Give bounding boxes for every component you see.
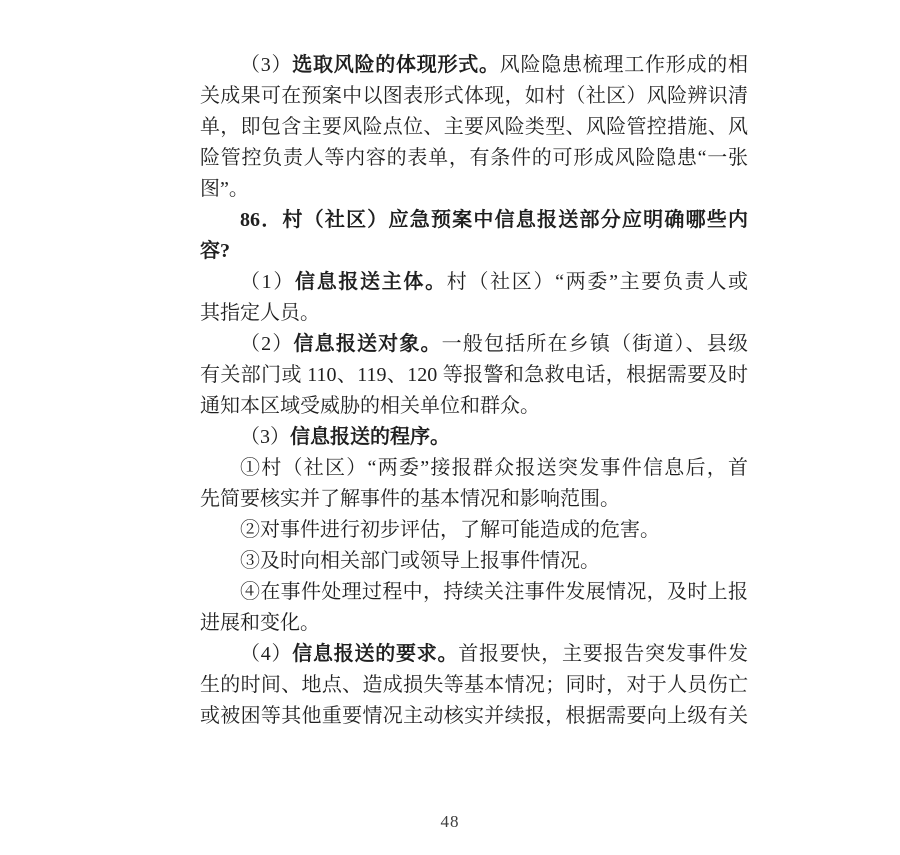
text-line: （2）信息报送对象。一般包括所在乡镇（街道）、县级 (200, 329, 748, 360)
text-segment: 图”。 (200, 178, 249, 200)
text-line: 关成果可在预案中以图表形式体现，如村（社区）风险辨识清 (200, 81, 748, 112)
text-segment: 险管控负责人等内容的表单，有条件的可形成风险隐患“一张 (200, 147, 748, 169)
text-segment: 生的时间、地点、造成损失等基本情况；同时，对于人员伤亡 (200, 674, 748, 696)
text-segment: 通知本区域受威胁的相关单位和群众。 (200, 395, 540, 417)
text-line: ④在事件处理过程中，持续关注事件发展情况，及时上报 (200, 577, 748, 608)
text-segment: 有关部门或 110、119、120 等报警和急救电话，根据需要及时 (200, 364, 748, 386)
text-line: 通知本区域受威胁的相关单位和群众。 (200, 391, 748, 422)
text-segment: 风险隐患梳理工作形成的相 (500, 54, 748, 76)
heading-segment: 信息报送对象。 (294, 333, 442, 355)
text-segment: 或被困等其他重要情况主动核实并续报，根据需要向上级有关 (200, 705, 748, 727)
heading-segment: 信息报送的程序。 (290, 426, 450, 448)
text-line: 险管控负责人等内容的表单，有条件的可形成风险隐患“一张 (200, 143, 748, 174)
text-line: 进展和变化。 (200, 608, 748, 639)
text-line: （4）信息报送的要求。首报要快，主要报告突发事件发 (200, 639, 748, 670)
text-segment: 其指定人员。 (200, 302, 320, 324)
text-line: ①村（社区）“两委”接报群众报送突发事件信息后，首 (200, 453, 748, 484)
heading-segment: 选取风险的体现形式。 (292, 54, 500, 76)
text-line: 先简要核实并了解事件的基本情况和影响范围。 (200, 484, 748, 515)
text-segment: 单，即包含主要风险点位、主要风险类型、风险管控措施、风 (200, 116, 748, 138)
text-segment: （3） (240, 426, 290, 448)
text-segment: 关成果可在预案中以图表形式体现，如村（社区）风险辨识清 (200, 85, 748, 107)
text-segment: （2） (240, 333, 294, 355)
text-segment: 先简要核实并了解事件的基本情况和影响范围。 (200, 488, 620, 510)
text-segment: （3） (240, 54, 292, 76)
text-segment: ②对事件进行初步评估，了解可能造成的危害。 (240, 519, 660, 541)
text-line: ②对事件进行初步评估，了解可能造成的危害。 (200, 515, 748, 546)
text-line: （3）信息报送的程序。 (200, 422, 748, 453)
text-segment: ④在事件处理过程中，持续关注事件发展情况，及时上报 (240, 581, 748, 603)
text-line: 图”。 (200, 174, 748, 205)
text-line: 86．村（社区）应急预案中信息报送部分应明确哪些内 (200, 205, 748, 236)
text-segment: ①村（社区）“两委”接报群众报送突发事件信息后，首 (240, 457, 748, 479)
document-page: （3）选取风险的体现形式。风险隐患梳理工作形成的相关成果可在预案中以图表形式体现… (0, 0, 900, 855)
text-segment: （4） (240, 643, 292, 665)
text-line: 单，即包含主要风险点位、主要风险类型、风险管控措施、风 (200, 112, 748, 143)
text-line: 生的时间、地点、造成损失等基本情况；同时，对于人员伤亡 (200, 670, 748, 701)
text-segment: 村（社区）“两委”主要负责人或 (447, 271, 748, 293)
text-line: 有关部门或 110、119、120 等报警和急救电话，根据需要及时 (200, 360, 748, 391)
heading-segment: 信息报送的要求。 (292, 643, 458, 665)
text-line: （1）信息报送主体。村（社区）“两委”主要负责人或 (200, 267, 748, 298)
text-segment: ③及时向相关部门或领导上报事件情况。 (240, 550, 600, 572)
text-line: 其指定人员。 (200, 298, 748, 329)
heading-segment: 容? (200, 240, 230, 262)
heading-segment: 信息报送主体。 (295, 271, 447, 293)
document-body: （3）选取风险的体现形式。风险隐患梳理工作形成的相关成果可在预案中以图表形式体现… (200, 50, 748, 732)
text-line: （3）选取风险的体现形式。风险隐患梳理工作形成的相 (200, 50, 748, 81)
text-line: 容? (200, 236, 748, 267)
heading-segment: 86．村（社区）应急预案中信息报送部分应明确哪些内 (240, 209, 748, 231)
text-line: 或被困等其他重要情况主动核实并续报，根据需要向上级有关 (200, 701, 748, 732)
text-line: ③及时向相关部门或领导上报事件情况。 (200, 546, 748, 577)
text-segment: 一般包括所在乡镇（街道）、县级 (442, 333, 748, 355)
page-number: 48 (0, 812, 900, 832)
text-segment: 首报要快，主要报告突发事件发 (458, 643, 748, 665)
text-segment: 进展和变化。 (200, 612, 320, 634)
text-segment: （1） (240, 271, 295, 293)
